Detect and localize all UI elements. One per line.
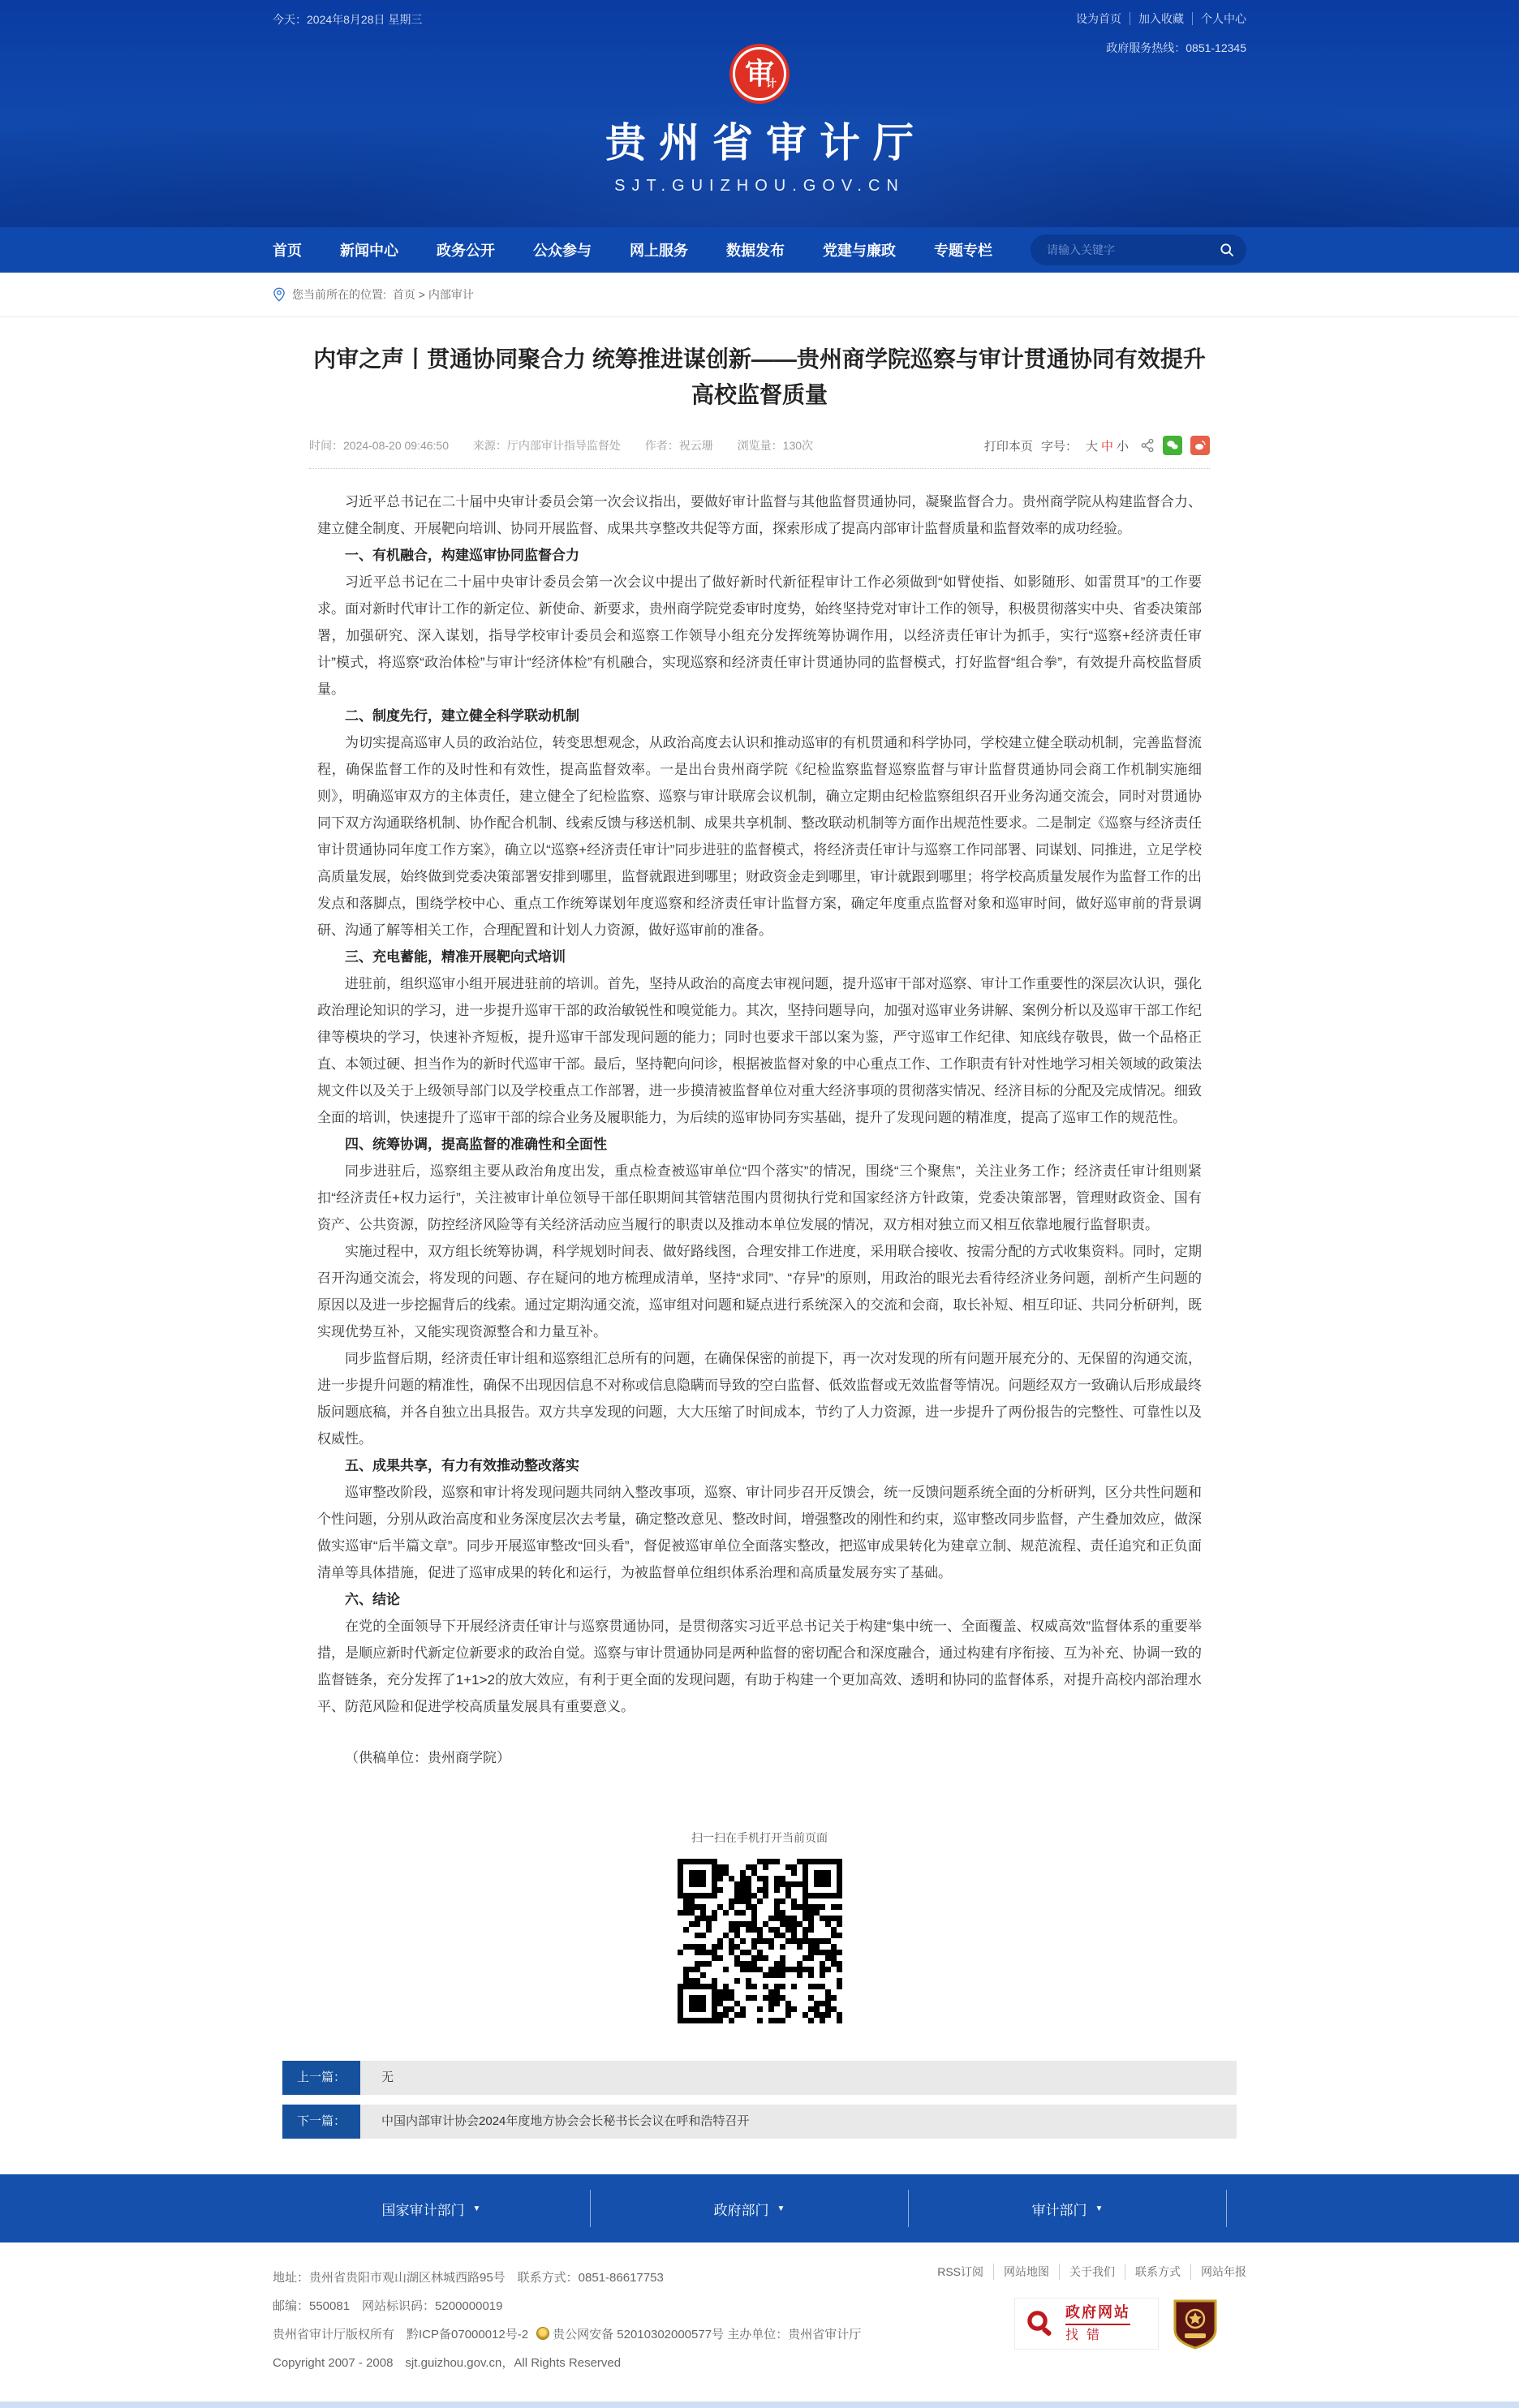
- print-button[interactable]: 打印本页: [984, 437, 1033, 454]
- link-group-label-2: 审计部门: [1032, 2199, 1087, 2219]
- footer-copyright-owner: 贵州省审计厅版权所有 黔ICP备07000012号-2: [273, 2328, 528, 2341]
- nav-item-6[interactable]: 党建与廉政: [823, 239, 896, 260]
- chevron-down-icon: ▼: [1095, 2204, 1104, 2213]
- search-icon[interactable]: [1219, 242, 1235, 258]
- share-icon[interactable]: [1140, 438, 1155, 453]
- next-label: 下一篇：: [282, 2105, 360, 2139]
- font-size-label: 字号：: [1041, 437, 1078, 454]
- nav-item-1[interactable]: 新闻中心: [340, 239, 398, 260]
- paragraph-0: 习近平总书记在二十届中央审计委员会第一次会议指出，要做好审计监督与其他监督贯通协…: [317, 488, 1202, 542]
- paragraph-2: 习近平总书记在二十届中央审计委员会第一次会议中提出了做好新时代新征程审计工作必须…: [317, 569, 1202, 703]
- search-box[interactable]: [1031, 234, 1246, 265]
- audit-seal-logo: 审 计: [733, 47, 786, 101]
- location-pin-icon: [273, 287, 286, 302]
- footer: 地址：贵州省贵阳市观山湖区林城西路95号 联系方式：0851-86617753 …: [0, 2242, 1519, 2398]
- next-article-link[interactable]: 中国内部审计协会2024年度地方协会会长秘书长会议在呼和浩特召开: [381, 2114, 749, 2128]
- footer-link-3[interactable]: 联系方式: [1125, 2264, 1191, 2280]
- finderror-magnifier-icon: [1023, 2307, 1057, 2341]
- gov-site-finderror-badge[interactable]: 政府网站 找错: [1014, 2298, 1159, 2350]
- article-pager: 上一篇： 无 下一篇： 中国内部审计协会2024年度地方协会会长秘书长会议在呼和…: [282, 2061, 1237, 2139]
- link-group-1[interactable]: 政府部门▼: [591, 2190, 909, 2227]
- site-header: 今天：2024年8月28日 星期三 设为首页加入收藏个人中心 政府服务热线：08…: [0, 0, 1519, 227]
- qr-caption: 扫一扫在手机打开当前页面: [0, 1830, 1519, 1846]
- nav-menu: 首页新闻中心政务公开公众参与网上服务数据发布党建与廉政专题专栏: [273, 239, 1031, 260]
- paragraph-4: 为切实提高巡审人员的政治站位，转变思想观念，从政治高度去认识和推动巡审的有机贯通…: [317, 729, 1202, 944]
- paragraph-9: 实施过程中，双方组长统筹协调，科学规划时间表、做好路线图，合理安排工作进度，采用…: [317, 1238, 1202, 1345]
- breadcrumb-item-1[interactable]: 内部审计: [428, 288, 474, 301]
- breadcrumb-item-0[interactable]: 首页: [393, 288, 415, 301]
- section-heading-7: 四、统筹协调，提高监督的准确性和全面性: [317, 1131, 1202, 1158]
- qr-section: 扫一扫在手机打开当前页面: [0, 1830, 1519, 2023]
- link-group-label-0: 国家审计部门: [382, 2199, 465, 2219]
- weibo-share-icon[interactable]: [1190, 436, 1210, 455]
- section-heading-5: 三、充电蓄能，精准开展靶向式培训: [317, 944, 1202, 970]
- finderror-line2: 找错: [1065, 2328, 1130, 2344]
- footer-postcode: 邮编：550081 网站标识码：5200000019: [273, 2292, 861, 2320]
- paragraph-14: 在党的全面领导下开展经济责任审计与巡察贯通协同，是贯彻落实习近平总书记关于构建“…: [317, 1613, 1202, 1720]
- public-security-badge-icon: [536, 2327, 549, 2340]
- prev-article: 无: [360, 2061, 1237, 2095]
- footer-link-2[interactable]: 关于我们: [1060, 2264, 1125, 2280]
- hotline: 政府服务热线：0851-12345: [1068, 34, 1246, 62]
- main-nav: 首页新闻中心政务公开公众参与网上服务数据发布党建与廉政专题专栏: [0, 227, 1519, 273]
- article-meta: 时间：2024-08-20 09:46:50 来源：厅内部审计指导监督处 作者：…: [309, 436, 1210, 469]
- footer-security-record: 贵公网安备 52010302000577号 主办单位：贵州省审计厅: [553, 2328, 861, 2341]
- nav-item-5[interactable]: 数据发布: [726, 239, 785, 260]
- nav-item-4[interactable]: 网上服务: [630, 239, 688, 260]
- chevron-down-icon: ▼: [473, 2204, 481, 2213]
- nav-item-3[interactable]: 公众参与: [533, 239, 592, 260]
- friend-linkbar: 国家审计部门▼政府部门▼审计部门▼: [0, 2174, 1519, 2242]
- search-input[interactable]: [1047, 243, 1219, 256]
- footer-link-1[interactable]: 网站地图: [994, 2264, 1060, 2280]
- meta-author: 作者：祝云珊: [645, 439, 713, 452]
- nav-item-2[interactable]: 政务公开: [437, 239, 495, 260]
- breadcrumb-prefix: 您当前所在的位置:: [292, 286, 386, 303]
- link-group-label-1: 政府部门: [714, 2199, 769, 2219]
- footer-copyright: Copyright 2007 - 2008 sjt.guizhou.gov.cn…: [273, 2349, 861, 2377]
- paragraph-12: 巡审整改阶段，巡察和审计将发现问题共同纳入整改事项，巡察、审计同步召开反馈会，统…: [317, 1479, 1202, 1586]
- topbar-link-0[interactable]: 设为首页: [1068, 12, 1130, 25]
- party-gov-shield-badge[interactable]: [1172, 2298, 1219, 2351]
- meta-source: 来源：厅内部审计指导监督处: [473, 439, 621, 452]
- footer-links: RSS订阅网站地图关于我们联系方式网站年报: [865, 2264, 1246, 2280]
- section-heading-13: 六、结论: [317, 1586, 1202, 1613]
- paragraph-10: 同步监督后期，经济责任审计组和巡察组汇总所有的问题，在确保保密的前提下，再一次对…: [317, 1345, 1202, 1452]
- pager-prev-row: 上一篇： 无: [282, 2061, 1237, 2095]
- site-name: 贵州省审计厅: [273, 110, 1246, 169]
- font-size-小[interactable]: 小: [1117, 440, 1129, 454]
- topbar-link-2[interactable]: 个人中心: [1193, 12, 1246, 25]
- footer-link-0[interactable]: RSS订阅: [927, 2264, 994, 2280]
- section-heading-3: 二、制度先行，建立健全科学联动机制: [317, 703, 1202, 729]
- paragraph-8: 同步进驻后，巡察组主要从政治角度出发，重点检查被巡审单位“四个落实”的情况，围绕…: [317, 1158, 1202, 1238]
- section-heading-11: 五、成果共享，有力有效推动整改落实: [317, 1452, 1202, 1479]
- topbar-links: 设为首页加入收藏个人中心: [1068, 8, 1246, 29]
- chevron-down-icon: ▼: [777, 2204, 785, 2213]
- link-group-2[interactable]: 审计部门▼: [909, 2190, 1227, 2227]
- site-domain: SJT.GUIZHOU.GOV.CN: [273, 177, 1246, 196]
- footer-link-4[interactable]: 网站年报: [1191, 2264, 1246, 2280]
- bottom-strip: [0, 2402, 1519, 2408]
- meta-views: 浏览量：130次: [738, 439, 813, 452]
- topbar-link-1[interactable]: 加入收藏: [1130, 12, 1193, 25]
- nav-item-0[interactable]: 首页: [273, 239, 302, 260]
- footer-icp: 贵州省审计厅版权所有 黔ICP备07000012号-2贵公网安备 5201030…: [273, 2320, 861, 2349]
- finderror-line1: 政府网站: [1065, 2303, 1130, 2325]
- article-body: 习近平总书记在二十届中央审计委员会第一次会议指出，要做好审计监督与其他监督贯通协…: [317, 488, 1202, 1720]
- seal-sub-char: 计: [766, 75, 777, 90]
- meta-time: 时间：2024-08-20 09:46:50: [309, 439, 449, 452]
- article-title: 内审之声丨贯通协同聚合力 统筹推进谋创新——贵州商学院巡察与审计贯通协同有效提升…: [305, 317, 1214, 413]
- qr-code: [678, 1859, 842, 2023]
- pager-next-row: 下一篇： 中国内部审计协会2024年度地方协会会长秘书长会议在呼和浩特召开: [282, 2105, 1237, 2139]
- font-size-controls: 大中小: [1086, 437, 1132, 454]
- paragraph-6: 进驻前，组织巡审小组开展进驻前的培训。首先，坚持从政治的高度去审视问题，提升巡审…: [317, 970, 1202, 1131]
- font-size-大[interactable]: 大: [1086, 440, 1098, 454]
- font-size-中[interactable]: 中: [1101, 440, 1113, 454]
- prev-label: 上一篇：: [282, 2061, 360, 2095]
- wechat-share-icon[interactable]: [1163, 436, 1182, 455]
- article-byline: （供稿单位：贵州商学院）: [317, 1744, 1202, 1771]
- nav-item-7[interactable]: 专题专栏: [934, 239, 992, 260]
- breadcrumb-trail: 首页 > 内部审计: [393, 286, 474, 303]
- link-group-0[interactable]: 国家审计部门▼: [273, 2190, 591, 2227]
- topbar-date: 今天：2024年8月28日 星期三: [273, 11, 422, 28]
- breadcrumb-row: 您当前所在的位置: 首页 > 内部审计: [0, 273, 1519, 317]
- breadcrumb: 您当前所在的位置: 首页 > 内部审计: [273, 273, 1246, 316]
- footer-address: 地址：贵州省贵阳市观山湖区林城西路95号 联系方式：0851-86617753: [273, 2264, 861, 2292]
- section-heading-1: 一、有机融合，构建巡审协同监督合力: [317, 542, 1202, 569]
